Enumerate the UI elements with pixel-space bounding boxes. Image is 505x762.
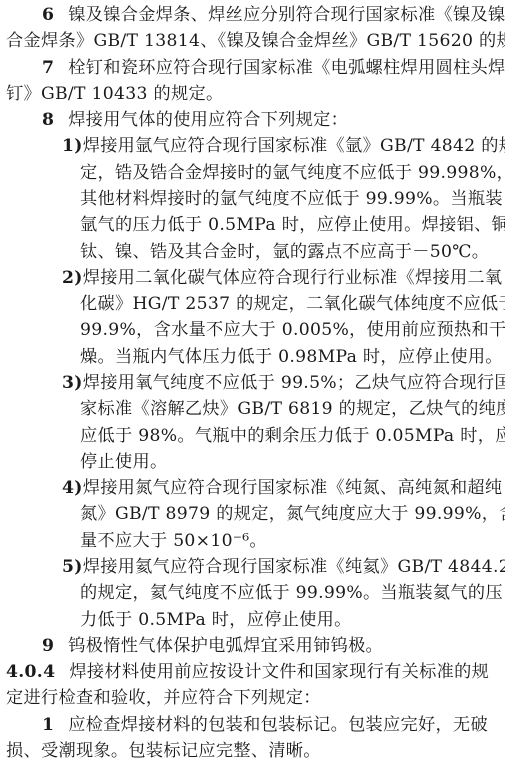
- sub-3-line-1: 3)焊接用氧气纯度不应低于 99.5%；乙炔气应符合现行国: [62, 372, 505, 394]
- sub-1-line-1: 1)焊接用氩气应符合现行国家标准《氩》GB/T 4842 的规: [62, 135, 505, 157]
- sub-3-line-2: 家标准《溶解乙炔》GB/T 6819 的规定，乙炔气的纯度不: [80, 398, 505, 420]
- sub-item-number: 1): [62, 136, 83, 156]
- clause-number: 4.0.4: [6, 662, 55, 682]
- item-8-line-1: 8焊接用气体的使用应符合下列规定：: [42, 109, 505, 131]
- item-7-line-1: 7栓钉和瓷环应符合现行国家标准《电弧螺柱焊用圆柱头焊: [42, 57, 505, 79]
- sub-item-text: 焊接用氩气应符合现行国家标准《氩》GB/T 4842 的规: [83, 136, 505, 156]
- item-text: 钨极惰性气体保护电弧焊宜采用铈钨极。: [68, 636, 383, 656]
- sub-3-line-3: 应低于 98%。气瓶中的剩余压力低于 0.05MPa 时，应: [80, 425, 505, 447]
- item-number: 1: [42, 715, 54, 735]
- item-number: 8: [42, 110, 54, 130]
- sub-1-line-5: 钛、镍、锆及其合金时，氩的露点不应高于－50℃。: [80, 241, 505, 263]
- document-page: 6镍及镍合金焊条、焊丝应分别符合现行国家标准《镍及镍 合金焊条》GB/T 138…: [0, 0, 505, 762]
- sub-item-text: 焊接用氦气应符合现行国家标准《纯氦》GB/T 4844.2: [83, 557, 505, 577]
- clause-4-0-4-line-1: 4.0.4焊接材料使用前应按设计文件和国家现行有关标准的规: [6, 661, 505, 683]
- sub-item-number: 4): [62, 478, 83, 498]
- item-1-line-2: 损、受潮现象。包装标记应完整、清晰。: [6, 740, 505, 762]
- sub-1-line-4: 氩气的压力低于 0.5MPa 时，应停止使用。焊接铝、铜、: [80, 214, 505, 236]
- item-7-line-2: 钉》GB/T 10433 的规定。: [6, 83, 505, 105]
- clause-text: 焊接材料使用前应按设计文件和国家现行有关标准的规: [69, 662, 489, 682]
- sub-2-line-2: 化碳》HG/T 2537 的规定，二氧化碳气体纯度不应低于: [80, 293, 505, 315]
- sub-2-line-1: 2)焊接用二氧化碳气体应符合现行行业标准《焊接用二氧: [62, 267, 505, 289]
- item-1-line-1: 1应检查焊接材料的包装和包装标记。包装应完好，无破: [42, 714, 505, 736]
- item-text: 镍及镍合金焊条、焊丝应分别符合现行国家标准《镍及镍: [68, 5, 505, 25]
- sub-5-line-1: 5)焊接用氦气应符合现行国家标准《纯氦》GB/T 4844.2: [62, 556, 505, 578]
- sub-5-line-2: 的规定，氦气纯度不应低于 99.99%。当瓶装氦气的压: [80, 582, 505, 604]
- sub-item-text: 焊接用氧气纯度不应低于 99.5%；乙炔气应符合现行国: [83, 373, 505, 393]
- sub-1-line-3: 其他材料焊接时的氩气纯度不应低于 99.99%。当瓶装: [80, 188, 505, 210]
- sub-5-line-3: 力低于 0.5MPa 时，应停止使用。: [80, 609, 505, 631]
- sub-2-line-4: 燥。当瓶内气体压力低于 0.98MPa 时，应停止使用。: [80, 346, 505, 368]
- sub-item-text: 焊接用二氧化碳气体应符合现行行业标准《焊接用二氧: [83, 268, 503, 288]
- item-text: 栓钉和瓷环应符合现行国家标准《电弧螺柱焊用圆柱头焊: [68, 58, 505, 78]
- item-6-line-1: 6镍及镍合金焊条、焊丝应分别符合现行国家标准《镍及镍: [42, 4, 505, 26]
- sub-item-number: 3): [62, 373, 83, 393]
- sub-3-line-4: 停止使用。: [80, 451, 505, 473]
- clause-4-0-4-line-2: 定进行检查和验收，并应符合下列规定：: [6, 687, 505, 709]
- item-text: 应检查焊接材料的包装和包装标记。包装应完好，无破: [68, 715, 488, 735]
- item-number: 9: [42, 636, 54, 656]
- item-9-line-1: 9钨极惰性气体保护电弧焊宜采用铈钨极。: [42, 635, 505, 657]
- item-6-line-2: 合金焊条》GB/T 13814、《镍及镍合金焊丝》GB/T 15620 的规定。: [6, 30, 505, 52]
- sub-2-line-3: 99.9%，含水量不应大于 0.005%，使用前应预热和干: [80, 319, 505, 341]
- sub-4-line-3: 量不应大于 50×10⁻⁶。: [80, 530, 505, 552]
- sub-item-number: 2): [62, 268, 83, 288]
- sub-1-line-2: 定，锆及锆合金焊接时的氩气纯度不应低于 99.998%，: [80, 162, 505, 184]
- sub-item-text: 焊接用氮气应符合现行国家标准《纯氮、高纯氮和超纯: [83, 478, 503, 498]
- item-number: 7: [42, 58, 54, 78]
- sub-item-number: 5): [62, 557, 83, 577]
- item-text: 焊接用气体的使用应符合下列规定：: [68, 110, 348, 130]
- sub-4-line-2: 氮》GB/T 8979 的规定，氮气纯度应大于 99.99%，含氧: [80, 503, 505, 525]
- sub-4-line-1: 4)焊接用氮气应符合现行国家标准《纯氮、高纯氮和超纯: [62, 477, 505, 499]
- item-number: 6: [42, 5, 54, 25]
